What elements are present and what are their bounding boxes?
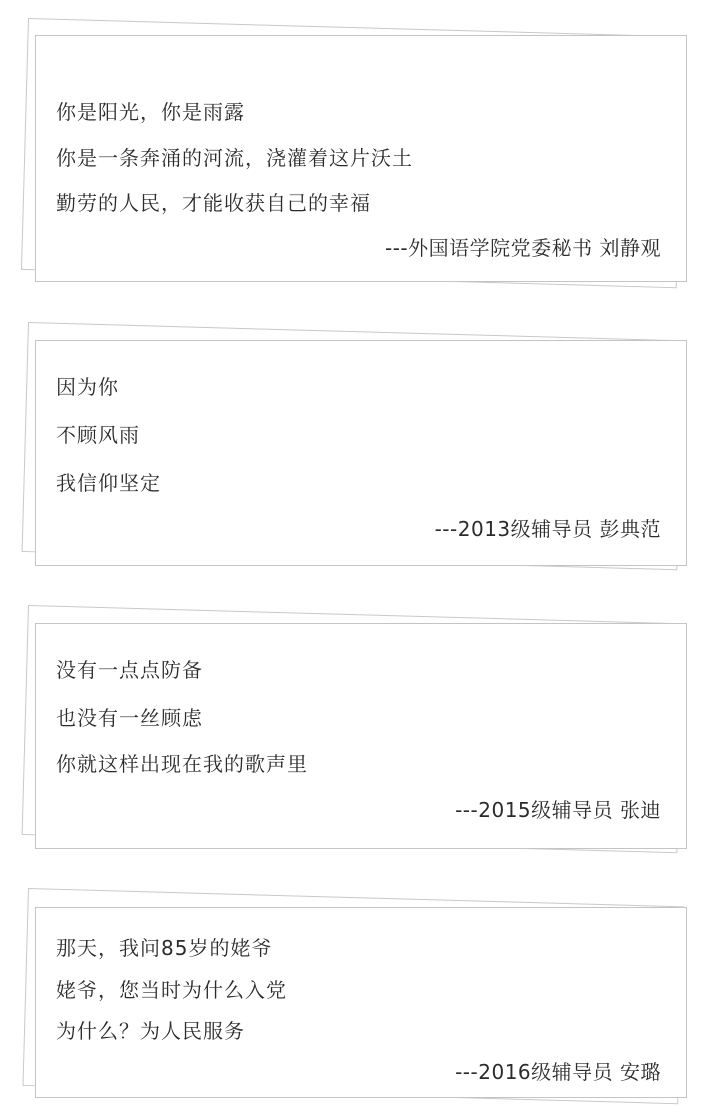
quote-card-1: 你是阳光，你是雨露 你是一条奔涌的河流，浇灌着这片沃土 勤劳的人民，才能收获自己… — [0, 0, 716, 300]
quote-card-2: 因为你 不顾风雨 我信仰坚定 ---2013级辅导员 彭典范 — [0, 310, 716, 590]
quote-line: 因为你 — [56, 371, 119, 400]
quote-line: 姥爷，您当时为什么入党 — [56, 974, 287, 1003]
quote-card-3: 没有一点点防备 也没有一丝顾虑 你就这样出现在我的歌声里 ---2015级辅导员… — [0, 590, 716, 870]
quote-card-4: 那天，我问85岁的姥爷 姥爷，您当时为什么入党 为什么？为人民服务 ---201… — [0, 870, 716, 1119]
quote-line: 我信仰坚定 — [56, 467, 161, 496]
quote-line: 你就这样出现在我的歌声里 — [56, 748, 308, 777]
signature: ---2015级辅导员 张迪 — [455, 794, 661, 823]
quote-line: 你是一条奔涌的河流，浇灌着这片沃土 — [56, 142, 413, 171]
card-front: 你是阳光，你是雨露 你是一条奔涌的河流，浇灌着这片沃土 勤劳的人民，才能收获自己… — [35, 35, 687, 282]
signature: ---外国语学院党委秘书 刘静观 — [385, 232, 661, 261]
card-front: 因为你 不顾风雨 我信仰坚定 ---2013级辅导员 彭典范 — [35, 340, 687, 566]
quote-line: 也没有一丝顾虑 — [56, 702, 203, 731]
signature: ---2016级辅导员 安璐 — [455, 1056, 661, 1085]
quote-line: 为什么？为人民服务 — [56, 1015, 245, 1044]
quote-line: 没有一点点防备 — [56, 654, 203, 683]
quote-line: 那天，我问85岁的姥爷 — [56, 932, 272, 961]
quote-line: 你是阳光，你是雨露 — [56, 96, 245, 125]
card-front: 那天，我问85岁的姥爷 姥爷，您当时为什么入党 为什么？为人民服务 ---201… — [35, 907, 687, 1098]
signature: ---2013级辅导员 彭典范 — [435, 513, 661, 542]
quote-line: 不顾风雨 — [56, 419, 140, 448]
quote-line: 勤劳的人民，才能收获自己的幸福 — [56, 187, 371, 216]
card-front: 没有一点点防备 也没有一丝顾虑 你就这样出现在我的歌声里 ---2015级辅导员… — [35, 623, 687, 849]
